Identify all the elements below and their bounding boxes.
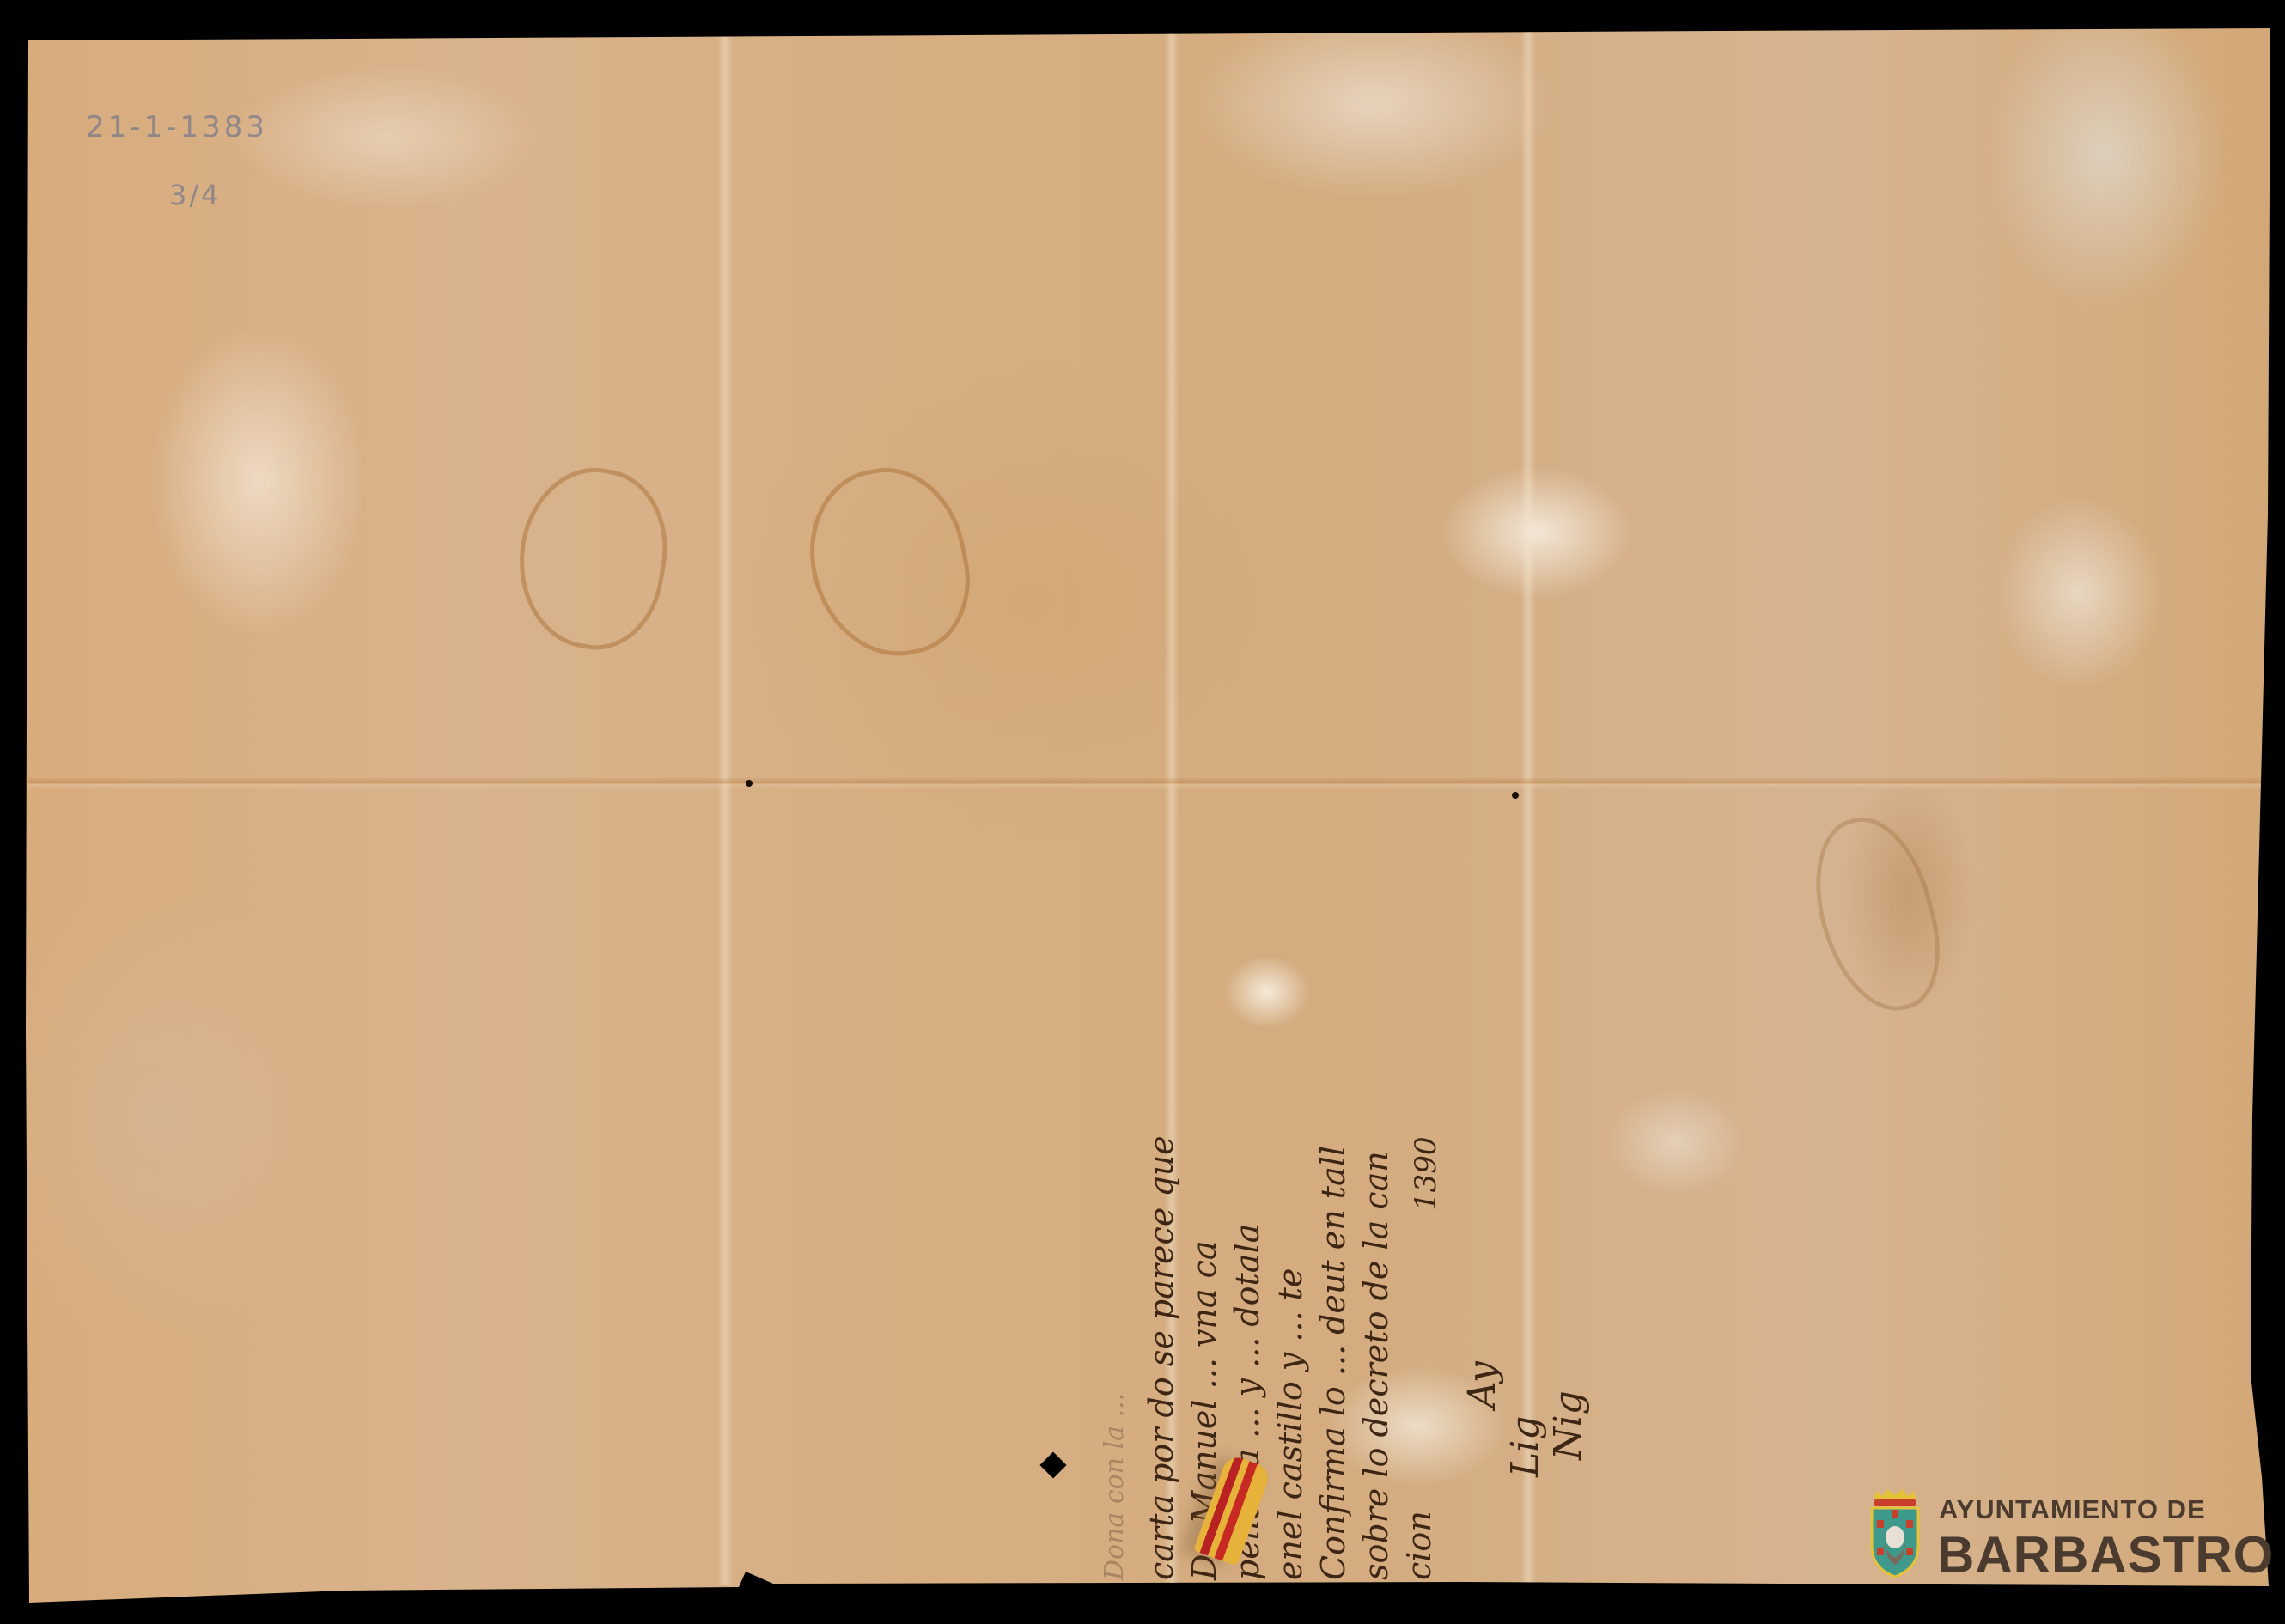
endorsement-line: enel castillo y ... te [1271,1268,1309,1580]
water-stain [1797,805,1956,1025]
endorsement-line: sobre lo decreto de la can [1357,1151,1395,1580]
horizontal-fold [28,777,2269,789]
endorsement-faint-line: Dona con la ... [1100,1393,1130,1580]
handwritten-endorsement: Dona con la ... carta por do se parece q… [1100,928,1581,1580]
signature-mark: Lig [1503,1416,1547,1477]
endorsement-year: 1390 [1409,1136,1443,1211]
logo-line-2: BARBASTRO [1937,1525,2274,1584]
water-stain [505,457,680,660]
coat-of-arms-icon [1868,1486,1922,1582]
water-stain [794,454,984,672]
vertical-fold [717,31,733,1585]
endorsement-line: carta por do se parece que [1142,1135,1180,1580]
archive-reference-note: 3/4 [169,179,222,211]
signature-mark: Nig [1546,1390,1590,1460]
logo-line-1: AYUNTAMIENTO DE [1939,1494,2206,1525]
watermark-logo: AYUNTAMIENTO DE BARBASTRO [1868,1486,2246,1593]
archive-date-note: 21-1-1383 [86,110,268,144]
endorsement-line: cion [1400,1511,1438,1580]
signature-mark: Ay [1460,1361,1504,1408]
document-viewer: 21-1-1383 3/4 Dona con la ... carta por … [0,0,2285,1624]
endorsement-line: Confirma lo ... deut en tall [1314,1146,1352,1580]
pin-hole [1512,792,1519,799]
pin-hole [746,780,753,787]
